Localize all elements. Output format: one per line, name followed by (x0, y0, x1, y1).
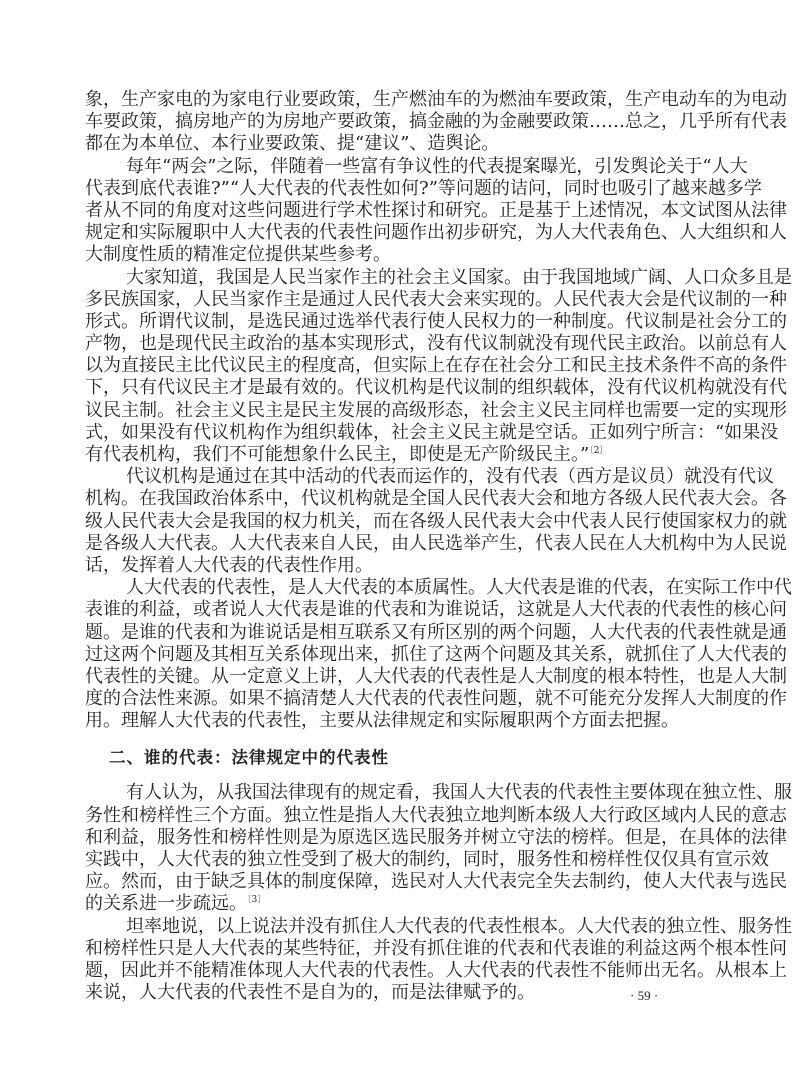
text-line-content: 有代表机构，我们不可能想象什么民主，即使是无产阶级民主。” (85, 444, 589, 465)
paragraph: 象，生产家电的为家电行业要政策，生产燃油车的为燃油车要政策，生产电动车的为电动 … (85, 89, 712, 156)
text-line: 代表性的关键。从一定意义上讲，人大代表的代表性是人大制度的根本特性，也是人大制 (85, 666, 712, 688)
text-line-content: 的关系进一步疏远。 (85, 893, 247, 914)
document-body: 象，生产家电的为家电行业要政策，生产燃油车的为燃油车要政策，生产电动车的为电动 … (85, 89, 712, 1004)
text-line: 多民族国家，人民当家作主是通过人民代表大会来实现的。人民代表大会是代议制的一种 (85, 289, 712, 311)
paragraph: 有人认为，从我国法律现有的规定看，我国人大代表的代表性主要体现在独立性、服 务性… (85, 782, 712, 915)
text-line: 产物，也是现代民主政治的基本实现形式，没有代议制就没有现代民主政治。以前总有人 (85, 333, 712, 355)
text-line: 大制度性质的精准定位提供某些参考。 (85, 244, 712, 266)
text-line: 和榜样性只是人大代表的某些特征，并没有抓住谁的代表和代表谁的利益这两个根本性问 (85, 938, 712, 960)
paragraph: 每年“两会”之际，伴随着一些富有争议性的代表提案曝光，引发舆论关于“人大 代表到… (85, 156, 712, 267)
text-line: 有代表机构，我们不可能想象什么民主，即使是无产阶级民主。”〔2〕 (85, 444, 712, 466)
text-line: 题。是谁的代表和为谁说话是相互联系又有所区别的两个问题，人大代表的代表性就是通 (85, 622, 712, 644)
text-line: 每年“两会”之际，伴随着一些富有争议性的代表提案曝光，引发舆论关于“人大 (85, 156, 712, 178)
text-line: 都在为本单位、本行业要政策、提“建议”、造舆论。 (85, 133, 712, 155)
text-line: 下，只有代议民主才是最有效的。代议机构是代议制的组织载体，没有代议机构就没有代 (85, 377, 712, 399)
text-line: 话，发挥着人大代表的代表性作用。 (85, 555, 712, 577)
text-line: 议民主制。社会主义民主是民主发展的高级形态，社会主义民主同样也需要一定的实现形 (85, 400, 712, 422)
paragraph: 代议机构是通过在其中活动的代表而运作的，没有代表（西方是议员）就没有代议 机构。… (85, 466, 712, 577)
text-line: 表谁的利益，或者说人大代表是谁的代表和为谁说话，这就是人大代表的代表性的核心问 (85, 599, 712, 621)
text-line: 实践中，人大代表的独立性受到了极大的制约，同时，服务性和榜样性仅仅具有宣示效 (85, 849, 712, 871)
text-line: 人大代表的代表性，是人大代表的本质属性。人大代表是谁的代表，在实际工作中代 (85, 577, 712, 599)
paragraph: 大家知道，我国是人民当家作主的社会主义国家。由于我国地域广阔、人口众多且是 多民… (85, 267, 712, 467)
text-line: 式，如果没有代议机构作为组织载体，社会主义民主就是空话。正如列宁所言：“如果没 (85, 422, 712, 444)
text-line: 有人认为，从我国法律现有的规定看，我国人大代表的代表性主要体现在独立性、服 (85, 782, 712, 804)
text-line: 形式。所谓代议制，是选民通过选举代表行使人民权力的一种制度。代议制是社会分工的 (85, 311, 712, 333)
text-line: 级人民代表大会是我国的权力机关，而在各级人民代表大会中代表人民行使国家权力的就 (85, 511, 712, 533)
text-line: 代议机构是通过在其中活动的代表而运作的，没有代表（西方是议员）就没有代议 (85, 466, 712, 488)
paragraph: 坦率地说，以上说法并没有抓住人大代表的代表性根本。人大代表的独立性、服务性 和榜… (85, 916, 712, 1005)
section-heading: 二、谁的代表：法律规定中的代表性 (85, 746, 712, 770)
text-line: 大家知道，我国是人民当家作主的社会主义国家。由于我国地域广阔、人口众多且是 (85, 267, 712, 289)
text-line: 坦率地说，以上说法并没有抓住人大代表的代表性根本。人大代表的独立性、服务性 (85, 916, 712, 938)
text-line: 象，生产家电的为家电行业要政策，生产燃油车的为燃油车要政策，生产电动车的为电动 (85, 89, 712, 111)
text-line: 来说，人大代表的代表性不是自为的，而是法律赋予的。 (85, 982, 712, 1004)
text-line: 过这两个问题及其相互关系体现出来，抓住了这两个问题及其关系，就抓住了人大代表的 (85, 644, 712, 666)
footnote-ref[interactable]: 〔3〕 (247, 895, 266, 905)
page-number: · 59 · (630, 988, 658, 1004)
footnote-ref[interactable]: 〔2〕 (589, 446, 608, 456)
text-line: 规定和实际履职中人大代表的代表性问题作出初步研究，为人大代表角色、人大组织和人 (85, 222, 712, 244)
text-line: 题，因此并不能精准体现人大代表的代表性。人大代表的代表性不能师出无名。从根本上 (85, 960, 712, 982)
text-line: 是各级人大代表。人大代表来自人民，由人民选举产生，代表人民在人大机构中为人民说 (85, 533, 712, 555)
text-line: 应。然而，由于缺乏具体的制度保障，选民对人大代表完全失去制约，使人大代表与选民 (85, 871, 712, 893)
text-line: 度的合法性来源。如果不搞清楚人大代表的代表性问题，就不可能充分发挥人大制度的作 (85, 688, 712, 710)
text-line: 用。理解人大代表的代表性，主要从法律规定和实际履职两个方面去把握。 (85, 710, 712, 732)
text-line: 代表到底代表谁?”“人大代表的代表性如何?”等问题的诘问，同时也吸引了越来越多学 (85, 178, 712, 200)
text-line: 者从不同的角度对这些问题进行学术性探讨和研究。正是基于上述情况，本文试图从法律 (85, 200, 712, 222)
text-line: 车要政策，搞房地产的为房地产要政策，搞金融的为金融要政策……总之，几乎所有代表 (85, 111, 712, 133)
text-line: 和利益，服务性和榜样性则是为原选区选民服务并树立守法的榜样。但是，在具体的法律 (85, 827, 712, 849)
paragraph: 人大代表的代表性，是人大代表的本质属性。人大代表是谁的代表，在实际工作中代 表谁… (85, 577, 712, 732)
text-line: 务性和榜样性三个方面。独立性是指人大代表独立地判断本级人大行政区域内人民的意志 (85, 805, 712, 827)
text-line: 机构。在我国政治体系中，代议机构就是全国人民代表大会和地方各级人民代表大会。各 (85, 488, 712, 510)
text-line: 以为直接民主比代议民主的程度高，但实际上在存在社会分工和民主技术条件不高的条件 (85, 355, 712, 377)
text-line: 的关系进一步疏远。〔3〕 (85, 893, 712, 915)
